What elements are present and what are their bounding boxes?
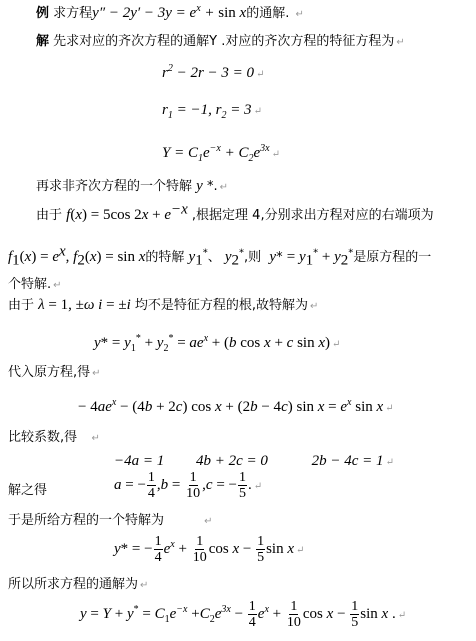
coef-eq-2: 4b + 2c = 0 [196,453,268,469]
example-text-pre: 求方程 [53,6,92,21]
characteristic-equation: r2 − 2r − 3 = 0↵ [162,64,264,84]
compare-label: 比较系数,得 ↵ [8,429,100,448]
coef-eq-1: −4a = 1 [114,453,164,469]
solution-intro: 解 先求对应的齐次方程的通解Y .对应的齐次方程的特征方程为↵ [36,33,405,52]
particular-solution: y* = −14ex + 110cos x − 15sin x↵ [114,533,304,567]
general-solution: y = Y + y* = C1e−x +C2e3x − 14ex + 110co… [80,598,406,632]
coefficient-values: a = −14,b = 110,c = −15.↵ [114,469,262,503]
coef-eq-3: 2b − 4c = 1 [312,453,384,469]
solve-label: 解之得 [8,482,47,500]
example-label: 例 [36,6,49,21]
substitute-label: 代入原方程,得↵ [8,364,101,383]
split-line: f1(x) = ex, f2(x) = sin x的特解 y1*、 y2*,则 … [8,248,431,267]
lambda-line: 由于 λ = 1, ±ω i = ±i 均不是特征方程的根,故特解为↵ [8,296,318,316]
particular-form: y* = y1* + y2* = aex + (b cos x + c sin … [94,334,340,354]
find-particular-text: 再求非齐次方程的一个特解 y *.↵ [36,177,228,197]
general-label: 所以所求方程的通解为↵ [8,576,148,595]
particular-label: 于是所给方程的一个特解为 ↵ [8,512,213,531]
example-statement: 例 求方程y″ − 2y′ − 3y = ex + sin x的通解. ↵ [36,4,304,24]
solution-label: 解 [36,34,49,49]
homogeneous-general-solution: Y = C1e−x + C2e3x↵ [162,144,280,164]
example-text-post: 的通解. [246,6,289,21]
example-equation: y″ − 2y′ − 3y = ex + sin x [92,5,246,21]
substituted-equation: − 4aex − (4b + 2c) cos x + (2b − 4c) sin… [78,398,394,418]
characteristic-roots: r1 = −1, r2 = 3↵ [162,101,262,121]
split-line-cont: 个特解.↵ [8,276,62,295]
solution-intro-text: 先求对应的齐次方程的通解Y .对应的齐次方程的特征方程为 [53,34,394,49]
reason-line: 由于 f(x) = 5cos 2x + e−x ,根据定理 4,分别求出方程对应… [36,206,434,225]
